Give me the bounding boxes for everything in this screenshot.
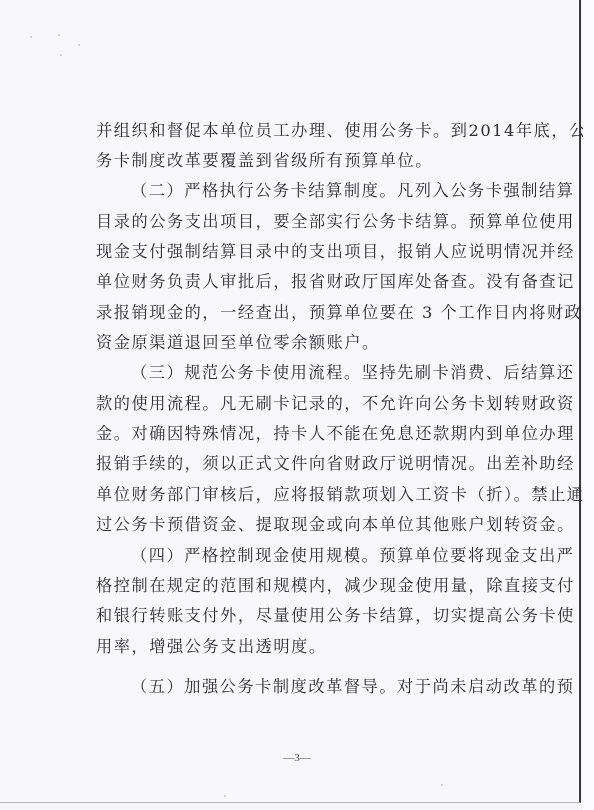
scan-speck [58,34,60,36]
text-line-7: 录报销现金的，一经查出，预算单位要在 3 个工作日内将财政 [96,303,512,323]
text-line-4: 目录的公务支出项目，要全部实行公务卡结算。预算单位使用 [96,212,512,232]
text-line-16: 格控制在规定的范围和规模内，减少现金使用量，除直接支付 [96,576,512,596]
scan-speck [224,795,226,797]
text-line-12: 报销手续的，须以正式文件向省财政厅说明情况。出差补助经 [96,454,512,474]
text-line-18: 用率，增强公务支出透明度。 [96,637,512,657]
section-heading-4: （四）严格控制现金使用规模。预算单位要将现金支出严 [131,546,512,566]
text-line-6: 单位财务负责人审批后，报省财政厅国库处备查。没有备查记 [96,272,512,292]
text-line-10: 款的使用流程。凡无刷卡记录的，不允许向公务卡划转财政资 [96,394,512,414]
page-number: —3— [0,752,594,764]
text-line-13: 单位财务部门审核后，应将报销款项划入工资卡（折）。禁止通 [96,485,512,505]
scan-speck [60,54,62,56]
section-heading-5: （五）加强公务卡制度改革督导。对于尚未启动改革的预 [131,677,512,697]
scan-speck [498,218,500,220]
text-line-11: 金。对确因特殊情况，持卡人不能在免息还款期内到单位办理 [96,424,512,444]
text-line-17: 和银行转账支付外，尽量使用公务卡结算，切实提高公务卡使 [96,606,512,626]
scan-margin [583,0,594,810]
text-line-2: 务卡制度改革要覆盖到省级所有预算单位。 [96,151,512,171]
text-line-5: 现金支付强制结算目录中的支出项目，报销人应说明情况并经 [96,242,512,262]
text-line-14: 过公务卡预借资金、提取现金或向本单位其他账户划转资金。 [96,515,512,535]
text-line-1: 并组织和督促本单位员工办理、使用公务卡。到2014年底，公 [96,121,512,141]
scan-speck [441,784,443,786]
scan-speck [30,36,32,38]
scan-speck [78,44,80,46]
section-heading-2: （二）严格执行公务卡结算制度。凡列入公务卡强制结算 [131,181,512,201]
text-line-8: 资金原渠道退回至单位零余额账户。 [96,333,512,353]
document-page: 并组织和督促本单位员工办理、使用公务卡。到2014年底，公 务卡制度改革要覆盖到… [0,0,581,803]
section-heading-3: （三）规范公务卡使用流程。坚持先刷卡消费、后结算还 [131,363,512,383]
